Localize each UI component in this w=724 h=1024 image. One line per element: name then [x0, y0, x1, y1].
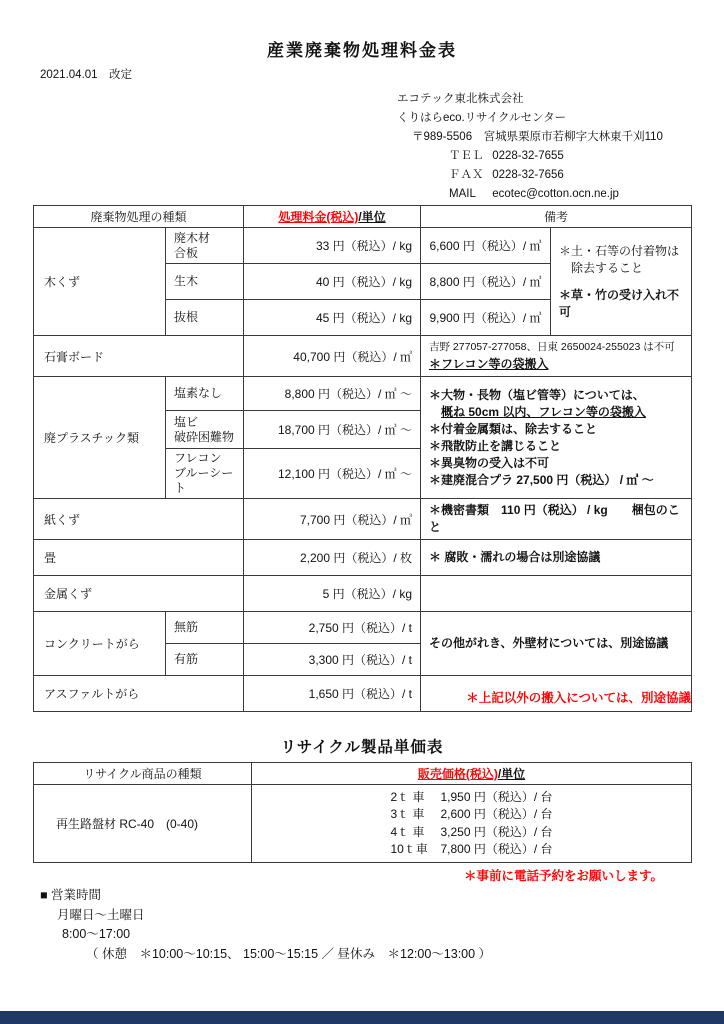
sale-price-header-red: 販売価格(税込)	[418, 767, 498, 781]
col-header-kind: 廃棄物処理の種類	[34, 206, 244, 228]
vehicle-price: 7,800 円（税込）/ 台	[440, 841, 552, 859]
table-row-paper: 紙くず 7,700 円（税込）/ ㎥ ＊機密書類 110 円（税込） / kg …	[34, 499, 692, 540]
subtype-line: 破砕困難物	[174, 430, 237, 445]
subtype-line: 合板	[174, 246, 237, 261]
mail-label: MAIL	[449, 185, 489, 204]
subtype-cell: 有筋	[166, 644, 244, 676]
business-time: 8:00～17:00	[40, 925, 491, 945]
price-header-red: 処理料金(税込)	[278, 210, 358, 224]
subtype-cell: 塩素なし	[166, 377, 244, 411]
remark-line: 除去すること	[559, 260, 687, 277]
remarks-paper: ＊機密書類 110 円（税込） / kg 梱包のこと	[421, 499, 692, 540]
category-paper: 紙くず	[34, 499, 244, 540]
price-cell: 3,300 円（税込）/ t	[244, 644, 421, 676]
remark-line: 概ね 50cm 以内、フレコン等の袋搬入	[429, 404, 687, 421]
price-cell: 40,700 円（税込）/ ㎥	[244, 336, 421, 377]
sale-price-header-unit: /単位	[498, 767, 525, 781]
remarks-plastic: ＊大物・長物（塩ビ管等）については、 概ね 50cm 以内、フレコン等の袋搬入 …	[421, 377, 692, 499]
vehicle-price-line: 10ｔ車 7,800 円（税込）/ 台	[390, 841, 552, 859]
subtype-cell: 塩ビ 破砕困難物	[166, 411, 244, 449]
waste-price-table: 廃棄物処理の種類 処理料金(税込)/単位 備考 木くず 廃木材 合板 33 円（…	[33, 205, 692, 712]
col-header-price: 処理料金(税込)/単位	[244, 206, 421, 228]
remarks-concrete: その他がれき、外壁材については、別途協議	[421, 612, 692, 676]
price-cell: 2,200 円（税込）/ 枚	[244, 540, 421, 576]
remarks-wood: ＊土・石等の付着物は 除去すること ＊草・竹の受け入れ不可	[551, 228, 692, 336]
subtype-cell: フレコン ブルーシート	[166, 449, 244, 499]
mail-line: MAIL ecotec@cotton.ocn.ne.jp	[397, 185, 663, 204]
subtype-line: 抜根	[174, 310, 237, 325]
page-title: 産業廃棄物処理料金表	[0, 36, 724, 61]
fax-line: ＦＡＸ 0228-32-7656	[397, 166, 663, 185]
vehicle-price-line: 3ｔ 車 2,600 円（税込）/ 台	[390, 806, 552, 824]
col-header-product: リサイクル商品の種類	[34, 763, 252, 785]
vehicle-price: 3,250 円（税込）/ 台	[440, 824, 552, 842]
remark-line: ＊建廃混合プラ 27,500 円（税込） / ㎥ ～	[429, 472, 687, 489]
price-cell: 5 円（税込）/ kg	[244, 576, 421, 612]
product-prices-cell: 2ｔ 車 1,950 円（税込）/ 台 3ｔ 車 2,600 円（税込）/ 台 …	[252, 785, 692, 863]
recycle-product-row: 再生路盤材 RC-40 (0-40) 2ｔ 車 1,950 円（税込）/ 台 3…	[34, 785, 692, 863]
subtype-line: ブルーシート	[174, 466, 237, 496]
business-hours-block: ■ 営業時間 月曜日～土曜日 8:00～17:00 （ 休憩 ＊10:00～10…	[40, 886, 491, 964]
remarks-metal	[421, 576, 692, 612]
table-row-wood-1: 木くず 廃木材 合板 33 円（税込）/ kg 6,600 円（税込）/ ㎥ ＊…	[34, 228, 692, 264]
vehicle-label: 3ｔ 車	[390, 806, 440, 824]
page-bottom-bar	[0, 1011, 724, 1024]
table-row-gypsum: 石膏ボード 40,700 円（税込）/ ㎥ 吉野 277057-277058、日…	[34, 336, 692, 377]
tel-label: ＴＥＬ	[449, 147, 489, 166]
vehicle-label: 10ｔ車	[390, 841, 440, 859]
subtype-line: 廃木材	[174, 231, 237, 246]
table-row-tatami: 畳 2,200 円（税込）/ 枚 ＊ 腐敗・濡れの場合は別途協議	[34, 540, 692, 576]
category-plastic: 廃プラスチック類	[34, 377, 166, 499]
subtype-cell: 生木	[166, 264, 244, 300]
volume-price-cell: 6,600 円（税込）/ ㎥	[421, 228, 551, 264]
remark-line: ＊土・石等の付着物は	[559, 243, 687, 260]
category-wood: 木くず	[34, 228, 166, 336]
business-hours-heading: ■ 営業時間	[40, 886, 491, 906]
col-header-remarks: 備考	[421, 206, 692, 228]
category-concrete: コンクリートがら	[34, 612, 166, 676]
fax-label: ＦＡＸ	[449, 166, 489, 185]
table-row-concrete-1: コンクリートがら 無筋 2,750 円（税込）/ t その他がれき、外壁材につい…	[34, 612, 692, 644]
subtype-line: 生木	[174, 274, 237, 289]
price-cell: 8,800 円（税込）/ ㎥ ～	[244, 377, 421, 411]
break-times: （ 休憩 ＊10:00～10:15、 15:00～15:15 ／ 昼休み ＊12…	[40, 945, 491, 965]
tel-number: 0228-32-7655	[492, 150, 564, 162]
business-days: 月曜日～土曜日	[40, 906, 491, 926]
table-row-metal: 金属くず 5 円（税込）/ kg	[34, 576, 692, 612]
remark-line: ＊飛散防止を講じること	[429, 438, 687, 455]
price-header-unit: /単位	[358, 210, 385, 224]
price-cell: 40 円（税込）/ kg	[244, 264, 421, 300]
revision-date: 2021.04.01 改定	[40, 66, 132, 82]
category-gypsum: 石膏ボード	[34, 336, 244, 377]
square-bullet-icon: ■	[40, 888, 48, 902]
vehicle-price: 1,950 円（税込）/ 台	[440, 789, 552, 807]
remark-line: ＊付着金属類は、除去すること	[429, 421, 687, 438]
subtype-line: 塩素なし	[174, 386, 237, 401]
recycle-header-row: リサイクル商品の種類 販売価格(税込)/単位	[34, 763, 692, 785]
waste-table-footnote: ＊上記以外の搬入については、別途協議	[33, 688, 691, 706]
category-metal: 金属くず	[34, 576, 244, 612]
company-address: 〒989-5506 宮城県栗原市若柳字大林東千刈110	[397, 128, 663, 147]
vehicle-label: 4ｔ 車	[390, 824, 440, 842]
recycle-table-title: リサイクル製品単価表	[0, 735, 724, 757]
category-tatami: 畳	[34, 540, 244, 576]
recycle-price-table: リサイクル商品の種類 販売価格(税込)/単位 再生路盤材 RC-40 (0-40…	[33, 762, 692, 863]
price-cell: 18,700 円（税込）/ ㎥ ～	[244, 411, 421, 449]
recycle-center-name: くりはらeco.リサイクルセンター	[397, 109, 663, 128]
product-name: 再生路盤材 RC-40 (0-40)	[34, 785, 252, 863]
vehicle-price-line: 2ｔ 車 1,950 円（税込）/ 台	[390, 789, 552, 807]
remark-line: 吉野 277057-277058、日東 2650024-255023 は不可	[429, 339, 687, 356]
remark-line: ＊フレコン等の袋搬入	[429, 356, 687, 373]
mail-address: ecotec@cotton.ocn.ne.jp	[492, 188, 619, 200]
volume-price-cell: 9,900 円（税込）/ ㎥	[421, 300, 551, 336]
col-header-sale-price: 販売価格(税込)/単位	[252, 763, 692, 785]
table-header-row: 廃棄物処理の種類 処理料金(税込)/単位 備考	[34, 206, 692, 228]
vehicle-label: 2ｔ 車	[390, 789, 440, 807]
vehicle-price-list: 2ｔ 車 1,950 円（税込）/ 台 3ｔ 車 2,600 円（税込）/ 台 …	[258, 789, 685, 859]
business-hours-label: 営業時間	[51, 888, 101, 902]
remarks-tatami: ＊ 腐敗・濡れの場合は別途協議	[421, 540, 692, 576]
subtype-line: フレコン	[174, 451, 237, 466]
price-cell: 33 円（税込）/ kg	[244, 228, 421, 264]
subtype-cell: 無筋	[166, 612, 244, 644]
vehicle-price-line: 4ｔ 車 3,250 円（税込）/ 台	[390, 824, 552, 842]
subtype-cell: 廃木材 合板	[166, 228, 244, 264]
fax-number: 0228-32-7656	[492, 169, 564, 181]
remark-line: ＊異臭物の受入は不可	[429, 455, 687, 472]
company-info-block: エコテック東北株式会社 くりはらeco.リサイクルセンター 〒989-5506 …	[397, 90, 663, 204]
remark-line: ＊大物・長物（塩ビ管等）については、	[429, 387, 687, 404]
recycle-table-footnote: ＊事前に電話予約をお願いします。	[33, 866, 691, 884]
subtype-cell: 抜根	[166, 300, 244, 336]
company-name: エコテック東北株式会社	[397, 90, 663, 109]
volume-price-cell: 8,800 円（税込）/ ㎥	[421, 264, 551, 300]
remarks-gypsum: 吉野 277057-277058、日東 2650024-255023 は不可 ＊…	[421, 336, 692, 377]
price-sheet-document: 産業廃棄物処理料金表 2021.04.01 改定 エコテック東北株式会社 くりは…	[0, 0, 724, 1024]
tel-line: ＴＥＬ 0228-32-7655	[397, 147, 663, 166]
price-cell: 2,750 円（税込）/ t	[244, 612, 421, 644]
price-cell: 45 円（税込）/ kg	[244, 300, 421, 336]
subtype-line: 塩ビ	[174, 415, 237, 430]
table-row-plastic-1: 廃プラスチック類 塩素なし 8,800 円（税込）/ ㎥ ～ ＊大物・長物（塩ビ…	[34, 377, 692, 411]
price-cell: 7,700 円（税込）/ ㎥	[244, 499, 421, 540]
remark-line: ＊草・竹の受け入れ不可	[559, 287, 687, 321]
vehicle-price: 2,600 円（税込）/ 台	[440, 806, 552, 824]
price-cell: 12,100 円（税込）/ ㎥ ～	[244, 449, 421, 499]
